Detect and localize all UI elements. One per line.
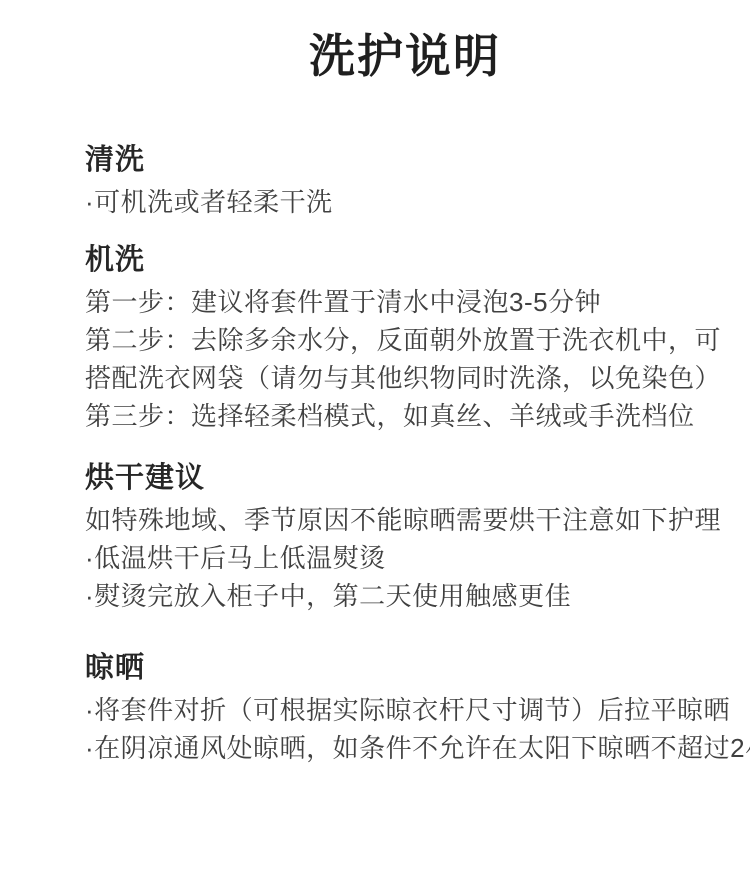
section-heading-drying-advice: 烘干建议 [85, 461, 725, 495]
care-line: 第三步：选择轻柔档模式，如真丝、羊绒或手洗档位 [85, 397, 725, 435]
care-instructions-document: 洗护说明 清洗 ·可机洗或者轻柔干洗 机洗 第一步：建议将套件置于清水中浸泡3-… [0, 0, 750, 886]
care-line: ·熨烫完放入柜子中，第二天使用触感更佳 [85, 577, 725, 615]
section-drying-advice: 烘干建议 如特殊地域、季节原因不能晾晒需要烘干注意如下护理 ·低温烘干后马上低温… [85, 461, 725, 615]
care-line: 第二步：去除多余水分，反面朝外放置于洗衣机中，可 [85, 321, 725, 359]
care-instructions-page: { "colors": { "background": "#ffffff", "… [0, 0, 750, 886]
section-heading-machine-wash: 机洗 [85, 243, 725, 277]
section-heading-air-drying: 晾晒 [85, 651, 725, 685]
section-air-drying: 晾晒 ·将套件对折（可根据实际晾衣杆尺寸调节）后拉平晾晒 ·在阴凉通风处晾晒，如… [85, 651, 725, 767]
care-line: ·可机洗或者轻柔干洗 [85, 183, 725, 221]
section-body: ·将套件对折（可根据实际晾衣杆尺寸调节）后拉平晾晒 ·在阴凉通风处晾晒，如条件不… [85, 691, 725, 767]
section-body: 如特殊地域、季节原因不能晾晒需要烘干注意如下护理 ·低温烘干后马上低温熨烫 ·熨… [85, 501, 725, 615]
care-line: ·在阴凉通风处晾晒，如条件不允许在太阳下晾晒不超过2小时 [85, 729, 725, 767]
care-line: 如特殊地域、季节原因不能晾晒需要烘干注意如下护理 [85, 501, 725, 539]
care-line: 搭配洗衣网袋（请勿与其他织物同时洗涤，以免染色） [85, 359, 725, 397]
section-heading-cleaning: 清洗 [85, 143, 725, 177]
care-line: 第一步：建议将套件置于清水中浸泡3-5分钟 [85, 283, 725, 321]
section-body: ·可机洗或者轻柔干洗 [85, 183, 725, 221]
page-title: 洗护说明 [25, 0, 750, 88]
section-machine-wash: 机洗 第一步：建议将套件置于清水中浸泡3-5分钟 第二步：去除多余水分，反面朝外… [85, 243, 725, 435]
section-body: 第一步：建议将套件置于清水中浸泡3-5分钟 第二步：去除多余水分，反面朝外放置于… [85, 283, 725, 435]
care-line: ·低温烘干后马上低温熨烫 [85, 539, 725, 577]
care-line: ·将套件对折（可根据实际晾衣杆尺寸调节）后拉平晾晒 [85, 691, 725, 729]
section-cleaning: 清洗 ·可机洗或者轻柔干洗 [85, 143, 725, 221]
